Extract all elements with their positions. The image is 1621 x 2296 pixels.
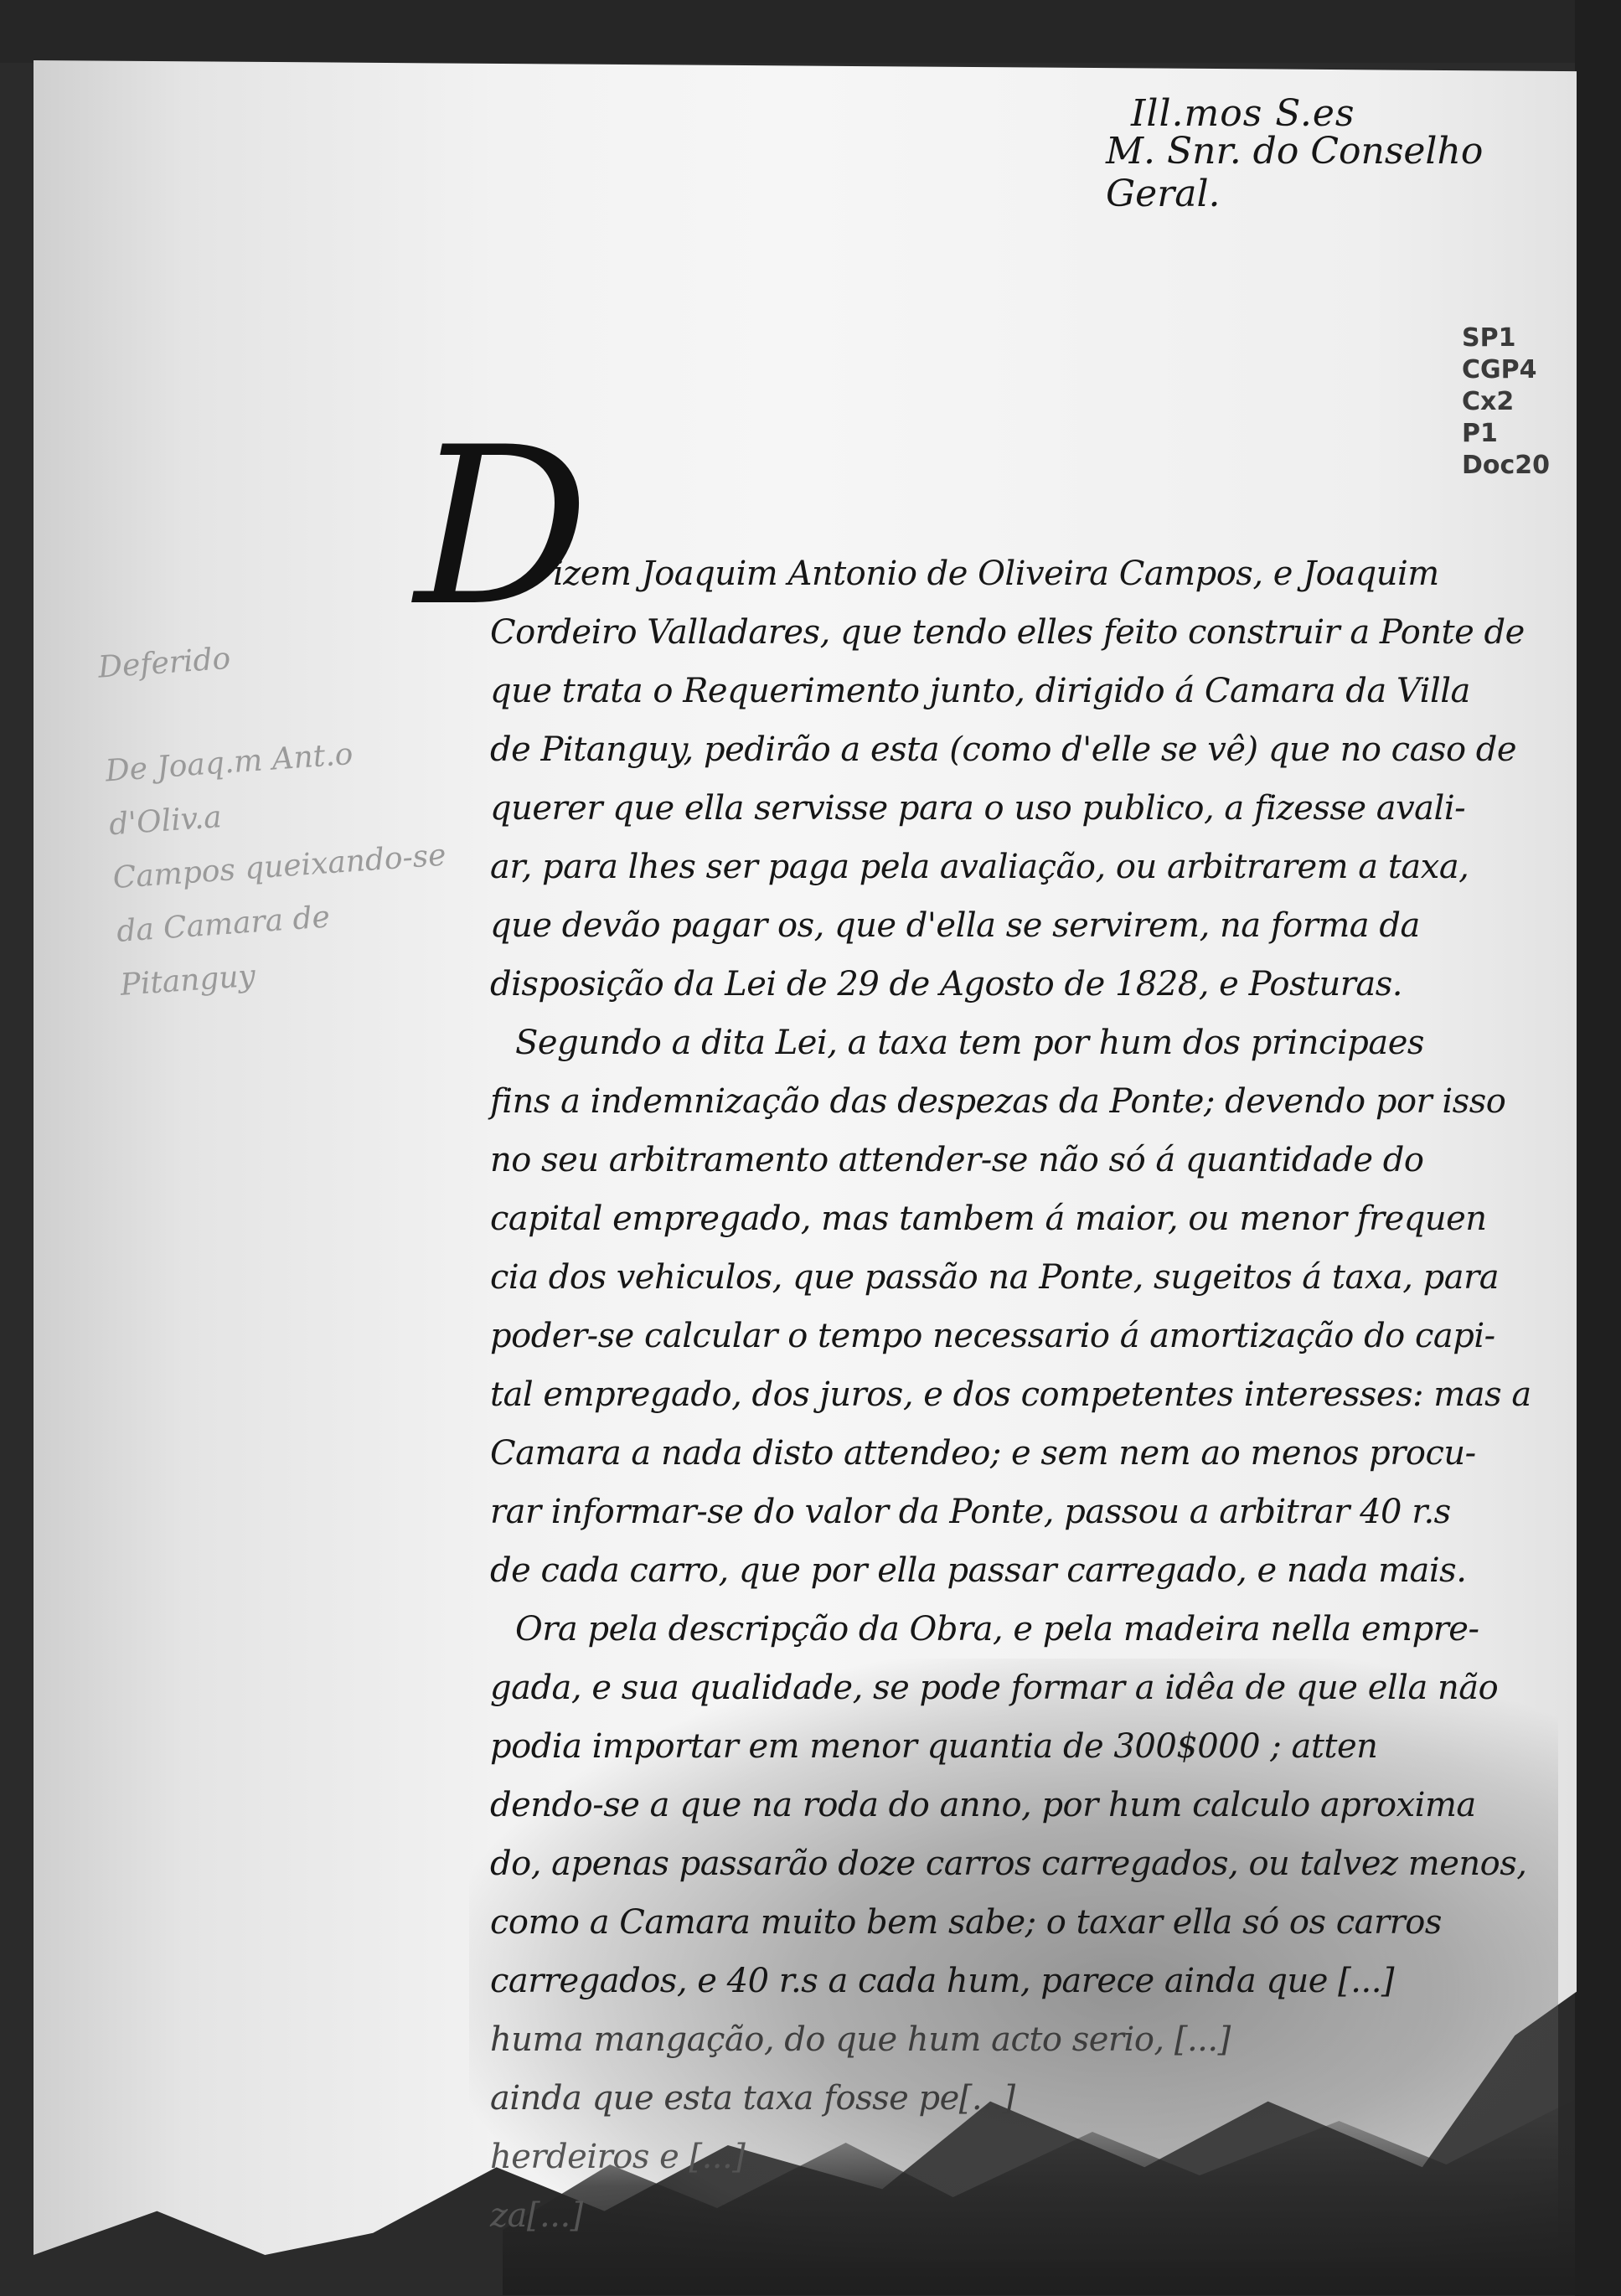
- text-line: herdeiros e [...]: [490, 2128, 1571, 2186]
- text-line: podia importar em menor quantia de 300$0…: [490, 1717, 1571, 1776]
- heading-line-1: Ill.mos S.es: [1131, 92, 1575, 135]
- text-line: no seu arbitramento attender-se não só á…: [490, 1131, 1571, 1189]
- text-line: za[...]: [490, 2186, 1571, 2245]
- text-line: que trata o Requerimento junto, dirigido…: [490, 662, 1571, 720]
- text-line: Segundo a dita Lei, a taxa tem por hum d…: [490, 1014, 1571, 1072]
- text-line: capital empregado, mas tambem á maior, o…: [490, 1189, 1571, 1248]
- text-line: gada, e sua qualidade, se pode formar a …: [490, 1659, 1571, 1717]
- text-line: fins a indemnização das despezas da Pont…: [490, 1072, 1571, 1131]
- text-line: disposição da Lei de 29 de Agosto de 182…: [490, 955, 1571, 1014]
- text-line: ar, para lhes ser paga pela avaliação, o…: [490, 838, 1571, 896]
- petition-body: izem Joaquim Antonio de Oliveira Campos,…: [490, 519, 1571, 2245]
- stamp-line: SP1: [1462, 322, 1571, 354]
- text-line: poder-se calcular o tempo necessario á a…: [490, 1307, 1571, 1365]
- text-line: querer que ella servisse para o uso publ…: [490, 779, 1571, 838]
- archive-reference-stamp: SP1 CGP4 Cx2 P1 Doc20: [1462, 322, 1571, 482]
- text-line: que devão pagar os, que d'ella se servir…: [490, 896, 1571, 955]
- text-line: ainda que esta taxa fosse pe[...]: [490, 2069, 1571, 2128]
- text-line: rar informar-se do valor da Ponte, passo…: [490, 1483, 1571, 1541]
- text-line: de cada carro, que por ella passar carre…: [490, 1541, 1571, 1600]
- text-line: Ora pela descripção da Obra, e pela made…: [490, 1600, 1571, 1659]
- text-line: do, apenas passarão doze carros carregad…: [490, 1834, 1571, 1893]
- text-line: dendo-se a que na roda do anno, por hum …: [490, 1776, 1571, 1834]
- text-line: carregados, e 40 r.s a cada hum, parece …: [490, 1952, 1571, 2010]
- address-heading: Ill.mos S.es M. Snr. do Conselho Geral.: [1106, 92, 1575, 215]
- text-line: izem Joaquim Antonio de Oliveira Campos,…: [490, 544, 1571, 603]
- text-line: cia dos vehiculos, que passão na Ponte, …: [490, 1248, 1571, 1307]
- text-line: Camara a nada disto attendeo; e sem nem …: [490, 1424, 1571, 1483]
- text-line: como a Camara muito bem sabe; o taxar el…: [490, 1893, 1571, 1952]
- text-line: Cordeiro Valladares, que tendo elles fei…: [490, 603, 1571, 662]
- text-line: huma mangação, do que hum acto serio, [.…: [490, 2010, 1571, 2069]
- stamp-line: Doc20: [1462, 450, 1571, 482]
- heading-line-2: M. Snr. do Conselho Geral.: [1106, 130, 1575, 215]
- text-line: de Pitanguy, pedirão a esta (como d'elle…: [490, 720, 1571, 779]
- scan-border-right: [1575, 0, 1621, 2296]
- stamp-line: CGP4: [1462, 354, 1571, 386]
- stamp-line: Cx2: [1462, 386, 1571, 418]
- margin-annotation: Deferido De Joaq.m Ant.o d'Oliv.a Campos…: [96, 616, 490, 1013]
- text-line: tal empregado, dos juros, e dos competen…: [490, 1365, 1571, 1424]
- stamp-line: P1: [1462, 418, 1571, 450]
- scan-border-top: [0, 0, 1621, 63]
